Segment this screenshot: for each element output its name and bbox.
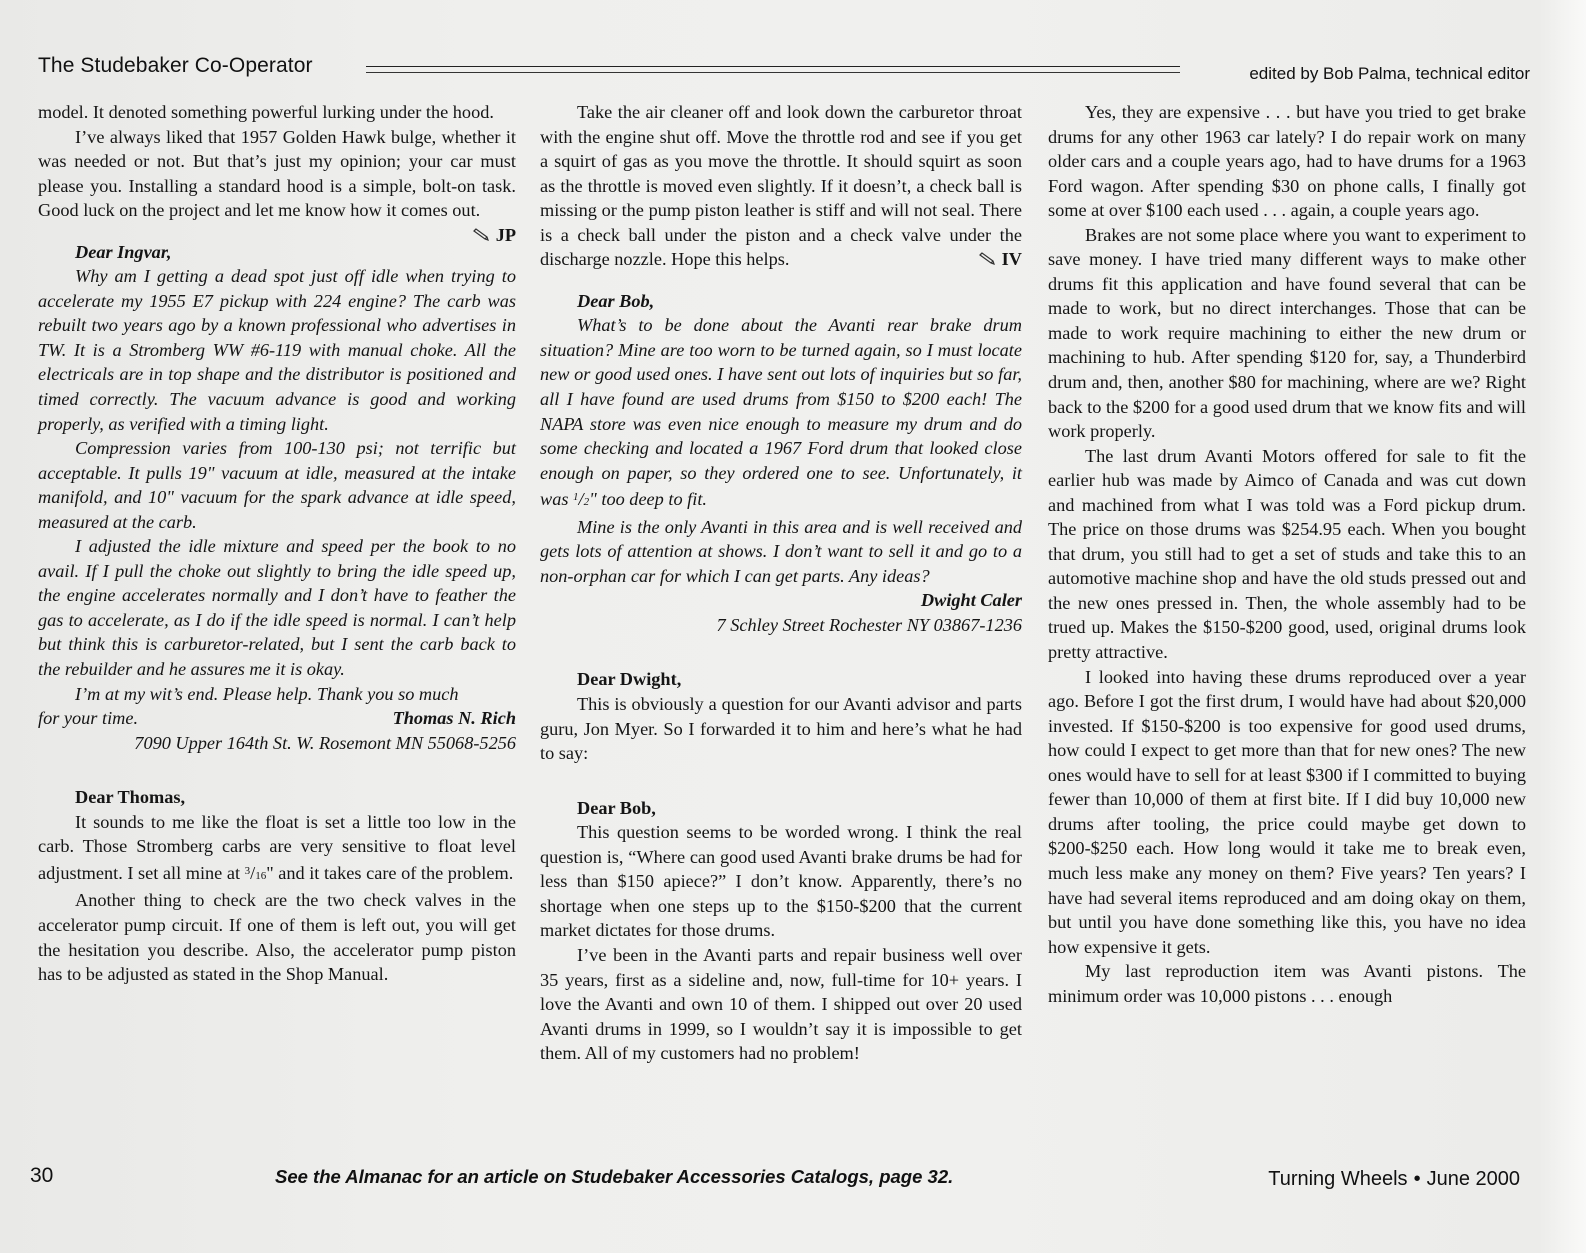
page-edge-shading — [1546, 0, 1586, 1253]
issue-date: June 2000 — [1427, 1168, 1520, 1190]
signoff-initials: JP — [435, 223, 516, 248]
pencil-icon — [472, 228, 492, 242]
advisor-paragraph: I looked into having these drums reprodu… — [1048, 665, 1526, 960]
reply-salutation: Dear Dwight, — [540, 667, 1022, 692]
bullet-separator: • — [1414, 1168, 1421, 1190]
page-number: 30 — [30, 1164, 53, 1188]
advisor-paragraph: This question seems to be worded wrong. … — [540, 820, 1022, 943]
advisor-paragraph: The last drum Avanti Motors offered for … — [1048, 444, 1526, 665]
letter-address: 7 Schley Street Rochester NY 03867-1236 — [540, 613, 1022, 638]
column-title: The Studebaker Co-Operator — [38, 54, 313, 78]
advisor-paragraph: I’ve been in the Avanti parts and repair… — [540, 943, 1022, 1066]
letter-salutation: Dear Bob, — [540, 289, 1022, 314]
signoff-initials: IV — [941, 247, 1022, 272]
reply-paragraph: This is obviously a question for our Ava… — [540, 692, 1022, 766]
paragraph: model. It denoted something powerful lur… — [38, 100, 516, 125]
publication-footer: Turning Wheels•June 2000 — [1268, 1168, 1520, 1191]
column-1: model. It denoted something powerful lur… — [38, 100, 516, 987]
editor-credit: edited by Bob Palma, technical editor — [1249, 64, 1530, 84]
letter-paragraph: I’m at my wit’s end. Please help. Thank … — [38, 682, 516, 707]
letter-paragraph: I adjusted the idle mixture and speed pe… — [38, 534, 516, 681]
running-head: The Studebaker Co-Operator edited by Bob… — [38, 54, 1530, 84]
magazine-page: The Studebaker Co-Operator edited by Bob… — [0, 0, 1586, 1253]
reply-paragraph: It sounds to me like the float is set a … — [38, 810, 516, 889]
letter-signature: Dwight Caler — [540, 588, 1022, 613]
letter-address: 7090 Upper 164th St. W. Rosemont MN 5506… — [38, 731, 516, 756]
reply-paragraph: Another thing to check are the two check… — [38, 888, 516, 986]
reply-salutation: Dear Thomas, — [38, 785, 516, 810]
advisor-paragraph: Yes, they are expensive . . . but have y… — [1048, 100, 1526, 223]
advisor-salutation: Dear Bob, — [540, 796, 1022, 821]
letter-paragraph: Why am I getting a dead spot just off id… — [38, 264, 516, 436]
letter-paragraph: What’s to be done about the Avanti rear … — [540, 313, 1022, 514]
paragraph: Take the air cleaner off and look down t… — [540, 100, 1022, 272]
letter-paragraph: Mine is the only Avanti in this area and… — [540, 515, 1022, 589]
letter-signature-line: for your time. Thomas N. Rich — [38, 706, 516, 731]
column-2: Take the air cleaner off and look down t… — [540, 100, 1022, 1066]
pencil-icon — [978, 252, 998, 266]
column-3: Yes, they are expensive . . . but have y… — [1048, 100, 1526, 1008]
letter-paragraph: Compression varies from 100-130 psi; not… — [38, 436, 516, 534]
cross-reference-note: See the Almanac for an article on Studeb… — [275, 1166, 953, 1188]
advisor-paragraph: Brakes are not some place where you want… — [1048, 223, 1526, 444]
paragraph: I’ve always liked that 1957 Golden Hawk … — [38, 125, 516, 223]
header-double-rule — [366, 66, 1180, 74]
publication-name: Turning Wheels — [1268, 1168, 1407, 1190]
advisor-paragraph: My last reproduction item was Avanti pis… — [1048, 959, 1526, 1008]
letter-signature: Thomas N. Rich — [393, 706, 516, 731]
